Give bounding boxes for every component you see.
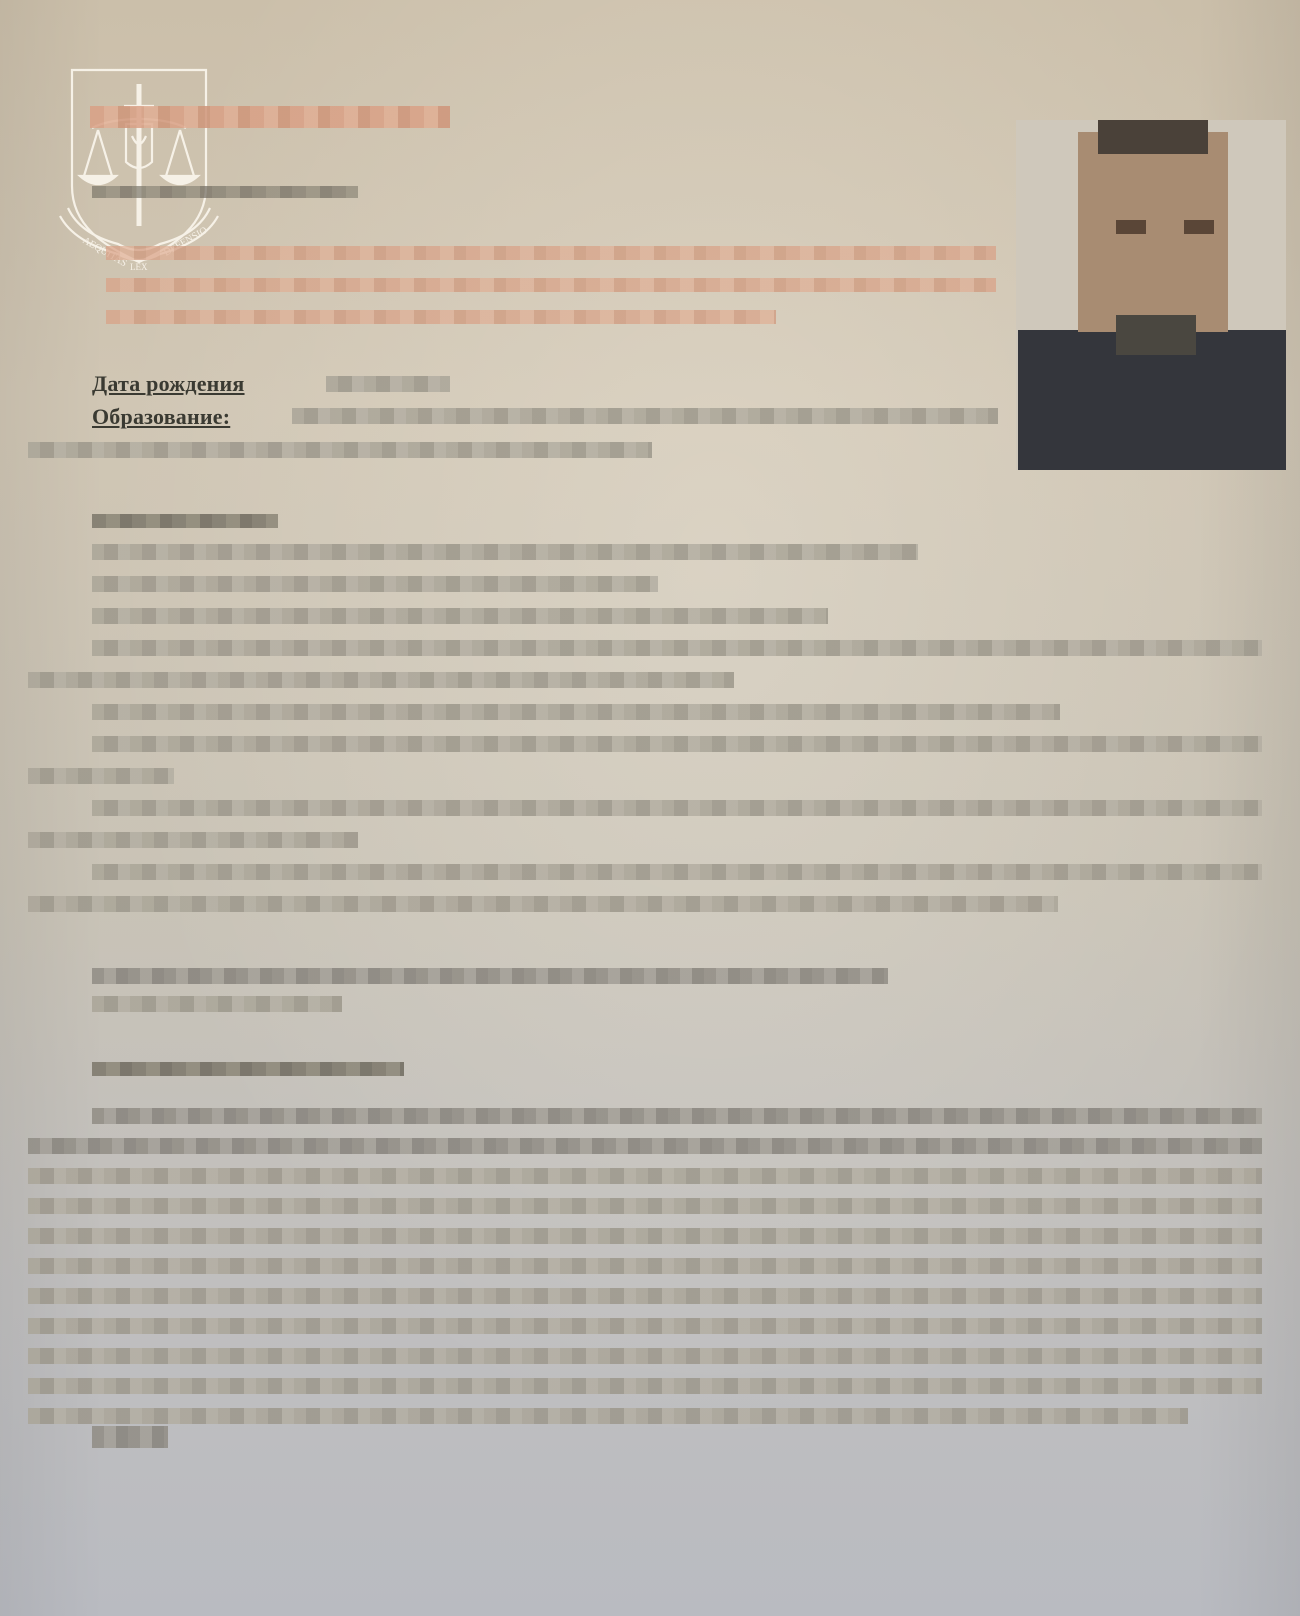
birth-date-label: Дата рождения: [92, 371, 245, 397]
redacted-section-heading: [92, 968, 888, 984]
redacted-line: [92, 640, 1262, 656]
redacted-line: [28, 672, 734, 688]
redacted-line: [28, 768, 174, 784]
redacted-birth-date: [326, 376, 450, 392]
redacted-line: [28, 1378, 1262, 1394]
redacted-line: [92, 704, 1060, 720]
redacted-signature: [92, 1426, 168, 1448]
redacted-description-line: [106, 278, 996, 292]
redacted-line: [28, 1258, 1262, 1274]
redacted-line: [28, 1408, 1188, 1424]
redacted-line: [92, 1108, 1262, 1124]
education-label: Образование:: [92, 404, 230, 430]
redacted-line: [92, 576, 658, 592]
redacted-line: [28, 896, 1058, 912]
svg-text:LEX: LEX: [130, 262, 148, 272]
redacted-line: [92, 996, 342, 1012]
redacted-line: [28, 1318, 1262, 1334]
redacted-line: [28, 1168, 1262, 1184]
redacted-education: [28, 442, 652, 458]
redacted-line: [92, 544, 918, 560]
redacted-subtitle: [92, 186, 358, 198]
redacted-section-heading: [92, 1062, 404, 1076]
person-photo-pixelated: [1016, 120, 1286, 470]
redacted-line: [92, 800, 1262, 816]
redacted-line: [92, 608, 828, 624]
redacted-line: [28, 832, 358, 848]
redacted-name: [90, 106, 450, 128]
redacted-education: [292, 408, 998, 424]
redacted-line: [92, 736, 1262, 752]
redacted-description-line: [106, 246, 996, 260]
redacted-description-line: [106, 310, 776, 324]
redacted-line: [28, 1228, 1262, 1244]
redacted-line: [28, 1198, 1262, 1214]
redacted-line: [92, 864, 1262, 880]
redacted-line: [28, 1288, 1262, 1304]
redacted-line: [28, 1138, 1262, 1154]
redacted-section-heading: [92, 514, 278, 528]
redacted-line: [28, 1348, 1262, 1364]
